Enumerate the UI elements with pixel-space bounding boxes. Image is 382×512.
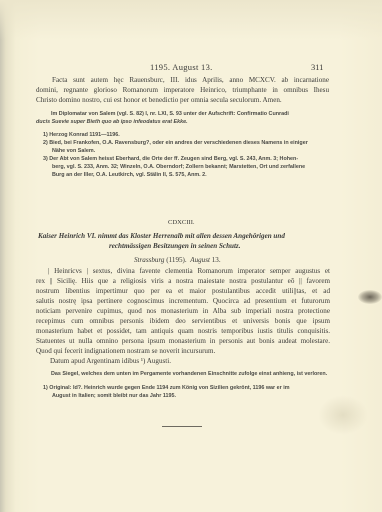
page-shadow: [0, 0, 382, 40]
datum-line: Datum apud Argentinam idibus ¹) Augusti.: [50, 356, 171, 366]
title-line: Kaiser Heinrich VI. nimmt das Kloster He…: [38, 231, 285, 241]
title-line: rechtmässigen Besitzungen in seinen Schu…: [109, 241, 240, 251]
ink-smudge: [358, 290, 382, 304]
text-line: Statuentes ut nulla omnino persona ipsum…: [36, 336, 330, 346]
footnote: Burg an der Iller, O.A. Leutkirch, vgl. …: [52, 172, 207, 180]
footnote: 2) Bied, bei Frankofen, O.A. Ravensburg?…: [43, 140, 308, 148]
text-line: salutis nostrę ipsa pertinere cognoscimu…: [36, 296, 330, 306]
footnote: 3) Der Abt von Salem heisst Eberhard, di…: [43, 156, 298, 164]
footnote: 1) Herzog Konrad 1191—1196.: [43, 132, 120, 140]
text-line: Facta sunt autem hęc Rauensburc, III. id…: [52, 75, 329, 85]
scanned-page: 1195. August 13. 311 Facta sunt autem hę…: [0, 0, 382, 512]
month: August: [190, 256, 210, 264]
charter-number: CDXCIII.: [168, 218, 195, 228]
text-line: rex || Sicilię. Hiis que a religiosis vi…: [36, 276, 330, 286]
text-line: Quod qui fecerit indignationem nostram s…: [36, 346, 215, 356]
year: (1195).: [166, 256, 186, 264]
text-line: noticiam pervenire cupimus, quod nos mon…: [36, 306, 330, 316]
running-header: 1195. August 13.: [150, 62, 213, 72]
footnote: berg, vgl. S. 233, Anm. 32; Winzeln, O.A…: [52, 164, 305, 172]
footnote: 1) Original: Id?. Heinrich wurde gegen E…: [43, 385, 290, 393]
day: 13.: [212, 256, 221, 264]
end-rule: [162, 426, 202, 427]
page-number: 311: [311, 62, 323, 72]
text-line: recepimus cum omnibus personis ibidem de…: [36, 316, 330, 326]
footnote: Nähe von Salem.: [52, 148, 95, 156]
place-date: Strassburg (1195). August 13.: [134, 255, 221, 265]
footnote: August in Italien; somit bleibt nur das …: [52, 393, 176, 401]
text-line: Christo domino nostro, cui est honor et …: [36, 95, 282, 105]
place: Strassburg: [134, 256, 164, 264]
source-note-line: Im Diplomatar von Salem (vgl. S. 82) I, …: [51, 111, 289, 119]
text-line: | Heinricvs | sextus, divina favente cle…: [48, 266, 330, 276]
text-line: nostrum libentius impertimur quo per ea …: [36, 286, 330, 296]
paper-stain: [318, 395, 368, 435]
text-line: domini, regnante glorioso Romanorum impe…: [36, 85, 329, 95]
text-line: monasterium habet et possidet, tam antiq…: [36, 326, 330, 336]
seal-note: Das Siegel, welches dem unten im Pergame…: [51, 371, 327, 379]
source-note-line: ducis Suevie super Bieth quo ab ipso inf…: [36, 119, 188, 127]
